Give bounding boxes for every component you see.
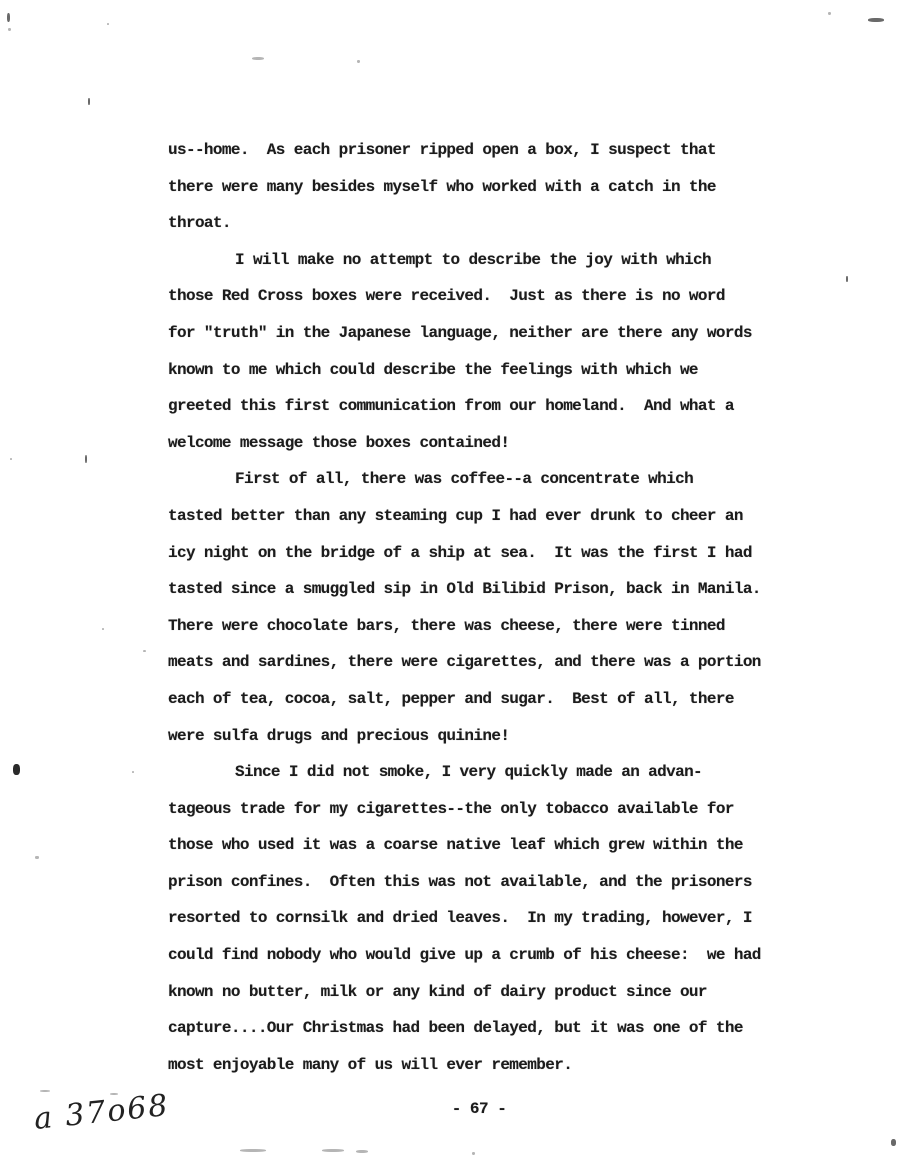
scan-speck [132,771,134,773]
text-line: those Red Cross boxes were received. Jus… [168,278,808,315]
text-line: First of all, there was coffee--a concen… [168,461,808,498]
scan-speck [8,28,11,31]
text-line: known no butter, milk or any kind of dai… [168,974,808,1011]
text-line: known to me which could describe the fee… [168,352,808,389]
scan-speck [846,276,848,282]
text-line: each of tea, cocoa, salt, pepper and sug… [168,681,808,718]
text-line: tageous trade for my cigarettes--the onl… [168,791,808,828]
scan-speck [40,1090,50,1092]
text-line: those who used it was a coarse native le… [168,827,808,864]
text-line: could find nobody who would give up a cr… [168,937,808,974]
text-line: welcome message those boxes contained! [168,425,808,462]
paragraph: First of all, there was coffee--a concen… [168,461,808,754]
scan-speck [13,764,20,775]
text-line: for "truth" in the Japanese language, ne… [168,315,808,352]
scan-speck [10,458,12,460]
scan-speck [110,1093,118,1095]
text-line: Since I did not smoke, I very quickly ma… [168,754,808,791]
text-line: us--home. As each prisoner ripped open a… [168,132,808,169]
text-line: greeted this first communication from ou… [168,388,808,425]
text-line: capture....Our Christmas had been delaye… [168,1010,808,1047]
handwritten-annotation: a 37o68 [32,1088,171,1137]
text-line: I will make no attempt to describe the j… [168,242,808,279]
text-line: prison confines. Often this was not avai… [168,864,808,901]
scan-speck [252,57,264,60]
scan-speck [356,1150,368,1153]
text-line: meats and sardines, there were cigarette… [168,644,808,681]
document-page: us--home. As each prisoner ripped open a… [0,0,900,1166]
scan-speck [88,98,90,105]
text-line: most enjoyable many of us will ever reme… [168,1047,808,1084]
text-line: tasted better than any steaming cup I ha… [168,498,808,535]
paragraph: us--home. As each prisoner ripped open a… [168,132,808,242]
scan-speck [891,1139,896,1146]
scan-speck [85,455,87,463]
scan-speck [472,1152,475,1155]
paragraph: I will make no attempt to describe the j… [168,242,808,462]
scan-speck [828,12,831,15]
text-line: There were chocolate bars, there was che… [168,608,808,645]
text-line: resorted to cornsilk and dried leaves. I… [168,900,808,937]
scan-speck [143,650,146,652]
typewritten-text-block: us--home. As each prisoner ripped open a… [168,132,808,1083]
text-line: throat. [168,205,808,242]
paragraph: Since I did not smoke, I very quickly ma… [168,754,808,1083]
scan-speck [240,1149,266,1152]
scan-speck [102,628,104,630]
text-line: icy night on the bridge of a ship at sea… [168,535,808,572]
scan-speck [357,60,360,63]
text-line: were sulfa drugs and precious quinine! [168,718,808,755]
text-line: tasted since a smuggled sip in Old Bilib… [168,571,808,608]
scan-speck [107,23,109,25]
scan-speck [322,1149,344,1152]
scan-speck [7,13,10,22]
text-line: there were many besides myself who worke… [168,169,808,206]
scan-speck [868,18,884,22]
page-number: - 67 - [418,1100,540,1118]
scan-speck [35,856,39,859]
